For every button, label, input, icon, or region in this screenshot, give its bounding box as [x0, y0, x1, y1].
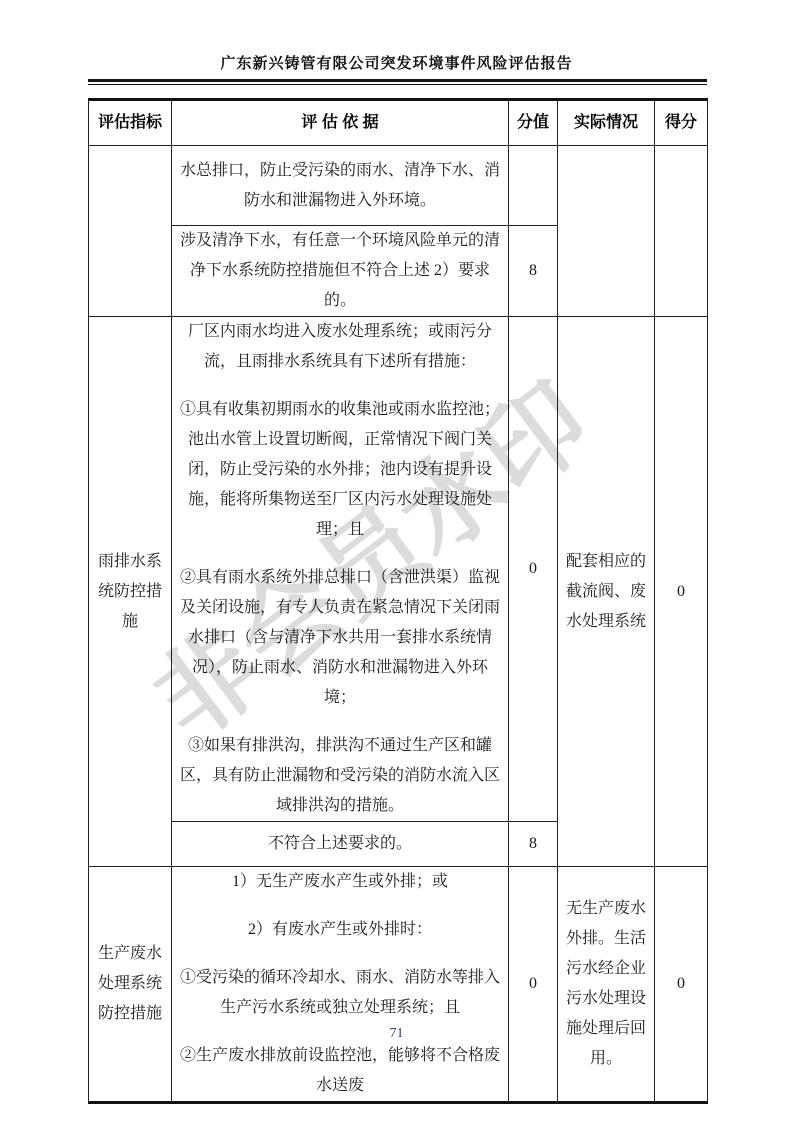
assessment-table: 评估指标 评 估 依 据 分值 实际情况 得分 水总排口，防止受污染的雨水、清净…	[88, 98, 708, 1104]
page-title: 广东新兴铸管有限公司突发环境事件风险评估报告	[0, 52, 793, 73]
header-indicator: 评估指标	[89, 100, 172, 146]
group2-sub-basis-cell: 不符合上述要求的。	[172, 822, 509, 867]
group3-basis-paragraph: ①受污染的循环冷却水、雨水、消防水等排入生产污水系统或独立处理系统；且	[178, 963, 502, 1023]
document-page: 广东新兴铸管有限公司突发环境事件风险评估报告 非会员水印 评估指标 评 估 依 …	[0, 0, 793, 1122]
group2-basis-paragraph: ①具有收集初期雨水的收集池或雨水监控池；池出水管上设置切断阀，正常情况下阀门关闭…	[178, 395, 502, 545]
table-row: 水总排口，防止受污染的雨水、清净下水、消防水和泄漏物进入外环境。	[89, 146, 708, 226]
group3-basis-paragraph: 2）有废水产生或外排时：	[178, 915, 502, 945]
group2-score-cell: 0	[655, 317, 708, 867]
group3-basis-paragraph: ②生产废水排放前设监控池，能够将不合格废水送废	[178, 1041, 502, 1101]
group2-basis-paragraph: 厂区内雨水均进入废水处理系统；或雨污分流，且雨排水系统具有下述所有措施：	[178, 317, 502, 377]
header-actual: 实际情况	[558, 100, 655, 146]
group1-basis-a: 水总排口，防止受污染的雨水、清净下水、消防水和泄漏物进入外环境。	[172, 146, 509, 226]
table-row: 生产废水处理系统防控措施 1）无生产废水产生或外排；或 2）有废水产生或外排时：…	[89, 867, 708, 1103]
group1-indicator-cell	[89, 146, 172, 317]
header-basis: 评 估 依 据	[172, 100, 509, 146]
group2-basis-cell: 厂区内雨水均进入废水处理系统；或雨污分流，且雨排水系统具有下述所有措施： ①具有…	[172, 317, 509, 822]
group1-actual-cell	[558, 146, 655, 317]
group2-sub-score-value-cell: 8	[509, 822, 558, 867]
group3-basis-paragraph: 1）无生产废水产生或外排；或	[178, 867, 502, 897]
group2-actual-cell: 配套相应的截流阀、废水处理系统	[558, 317, 655, 867]
group3-basis-cell: 1）无生产废水产生或外排；或 2）有废水产生或外排时： ①受污染的循环冷却水、雨…	[172, 867, 509, 1103]
group2-indicator-cell: 雨排水系统防控措施	[89, 317, 172, 867]
group1-basis-b: 涉及清净下水，有任意一个环境风险单元的清净下水系统防控措施但不符合上述 2）要求…	[172, 226, 509, 317]
table-header-row: 评估指标 评 估 依 据 分值 实际情况 得分	[89, 100, 708, 146]
header-rule-divider	[88, 79, 707, 85]
group1-score-value-b: 8	[509, 226, 558, 317]
group3-indicator-cell: 生产废水处理系统防控措施	[89, 867, 172, 1103]
group3-score-cell: 0	[655, 867, 708, 1103]
header-score: 得分	[655, 100, 708, 146]
table-row: 雨排水系统防控措施 厂区内雨水均进入废水处理系统；或雨污分流，且雨排水系统具有下…	[89, 317, 708, 822]
group3-score-value-cell: 0	[509, 867, 558, 1103]
group2-score-value-cell: 0	[509, 317, 558, 822]
group3-actual-cell: 无生产废水外排。生活污水经企业污水处理设施处理后回用。	[558, 867, 655, 1103]
header-score-value: 分值	[509, 100, 558, 146]
group1-score-value-a	[509, 146, 558, 226]
group1-score-cell	[655, 146, 708, 317]
group2-basis-paragraph: ③如果有排洪沟，排洪沟不通过生产区和罐区，具有防止泄漏物和受污染的消防水流入区域…	[178, 731, 502, 821]
group2-basis-paragraph: ②具有雨水系统外排总排口（含泄洪渠）监视及关闭设施，有专人负责在紧急情况下关闭雨…	[178, 563, 502, 713]
